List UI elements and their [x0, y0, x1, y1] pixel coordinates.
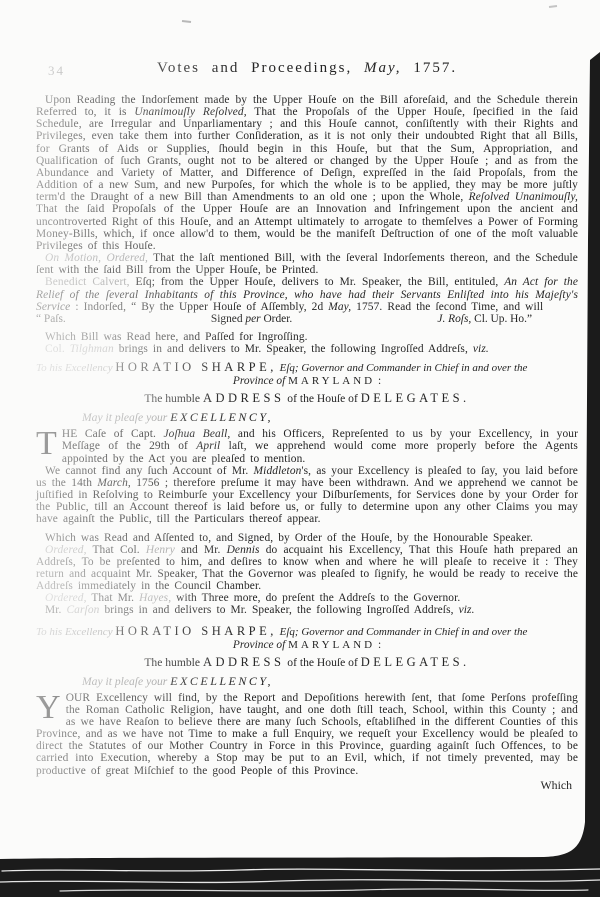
address-block-2: To his Excellency HORATIO SHARPE, Eſq; G… — [36, 625, 578, 688]
paragraph-read-assented: Which was Read and Aſſented to, and Sign… — [36, 532, 578, 544]
address-salutation: May it pleaſe your EXCELLENCY, — [36, 411, 578, 424]
address-humble-line: The humble ADDRESS of the Houſe of DELEG… — [36, 392, 578, 405]
page-stack-line — [2, 869, 600, 871]
paragraph-middleton-account: We cannot find any ſuch Account of Mr. M… — [36, 465, 578, 526]
signed-per-order: Signed per Order. — [211, 313, 292, 325]
address-block-1: To his Excellency HORATIO SHARPE, Eſq; G… — [36, 361, 578, 424]
paragraph-bill-delivered: Benedict Calvert, Eſq; from the Upper Ho… — [36, 276, 578, 312]
pass-quote: “ Paſs. — [36, 313, 66, 325]
paragraph-tilghman-address: Col. Tilghman brings in and delivers to … — [36, 343, 578, 355]
scan-speck — [182, 21, 191, 22]
address-province-line: Province of MARYLAND : — [36, 375, 578, 388]
running-title: Votes and Proceedings, May, 1757. — [157, 60, 457, 76]
paragraph-order-printed: On Motion, Ordered, That the laſt mentio… — [36, 252, 578, 276]
paragraph-catholic-schools: YOUR Excellency will find, by the Report… — [36, 692, 578, 777]
paragraph-beall-case: THE Caſe of Capt. Joſhua Beall, and his … — [36, 428, 578, 464]
signature-row: “ Paſs. Signed per Order. J. Roſs, Cl. U… — [36, 313, 578, 325]
address-to-line: To his Excellency HORATIO SHARPE, Eſq; G… — [36, 361, 578, 375]
scan-speck — [549, 6, 557, 7]
page-number: 34 — [48, 63, 65, 79]
address-province-line: Province of MARYLAND : — [36, 639, 578, 652]
text-column: 34 Votes and Proceedings, May, 1757. Upo… — [36, 60, 578, 793]
clerk-signature: J. Roſs, Cl. Up. Ho.” — [437, 313, 532, 325]
address-to-line: To his Excellency HORATIO SHARPE, Eſq; G… — [36, 625, 578, 639]
page-header: 34 Votes and Proceedings, May, 1757. — [36, 60, 578, 80]
paragraph-order-acquaint: Ordered, That Col. Henry and Mr. Dennis … — [36, 544, 578, 593]
page-stack-line — [0, 880, 600, 883]
paragraph-bill-ingrossed: Which Bill was Read here, and Paſſed for… — [36, 331, 578, 343]
paragraph-ingrossed-address: Mr. Carſon brings in and delivers to Mr.… — [36, 604, 578, 616]
catchword: Which — [36, 778, 578, 793]
paragraph-order-present: Ordered, That Mr. Hayes, with Three more… — [36, 592, 578, 604]
address-humble-line: The humble ADDRESS of the Houſe of DELEG… — [36, 656, 578, 669]
address-salutation: May it pleaſe your EXCELLENCY, — [36, 675, 578, 688]
paragraph-indorsement: Upon Reading the Indorſement made by the… — [36, 94, 578, 252]
page-stack-line — [60, 889, 588, 891]
page-sheet: 34 Votes and Proceedings, May, 1757. Upo… — [0, 0, 600, 897]
